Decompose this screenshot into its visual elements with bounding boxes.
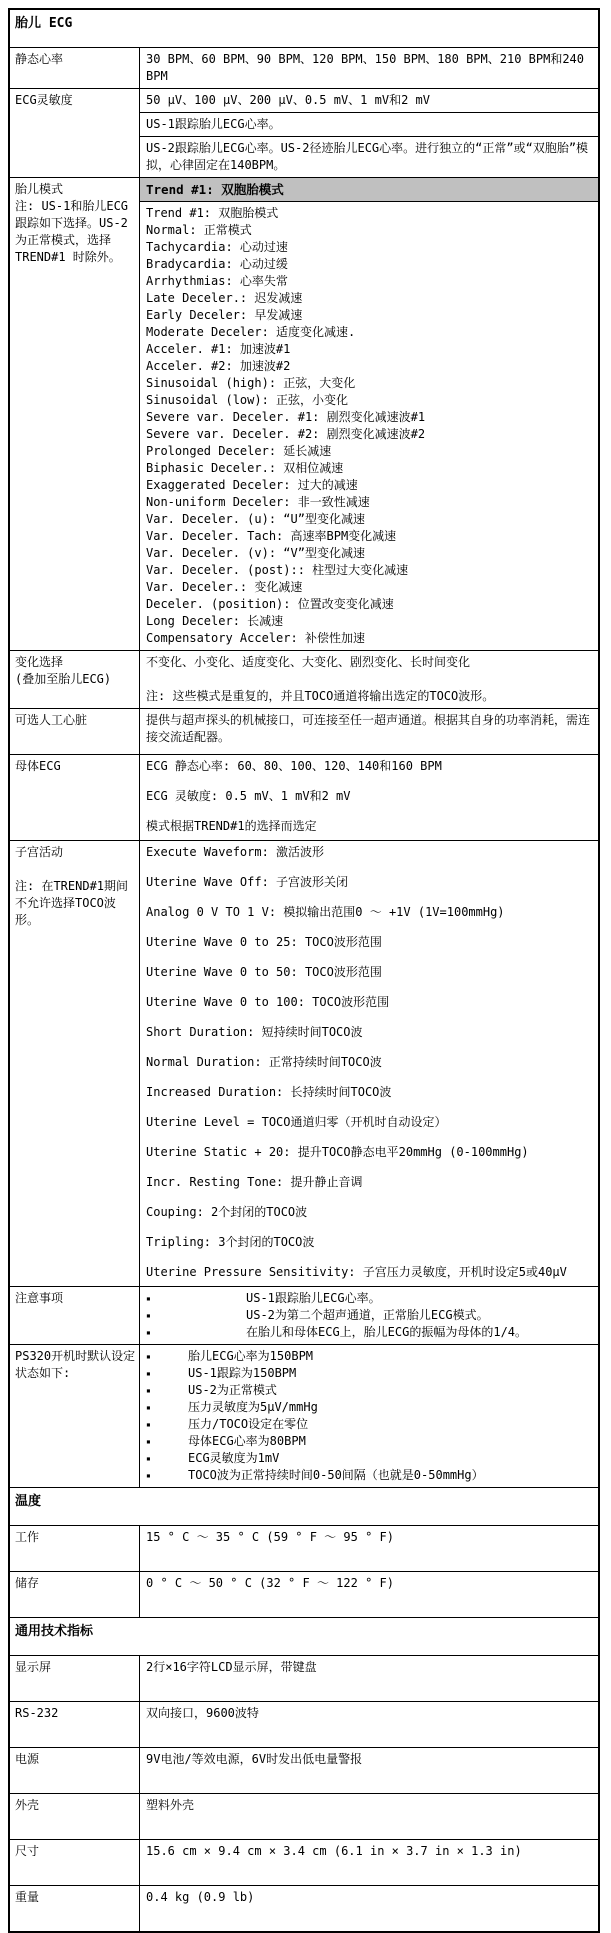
spec-row: 母体ECGECG 静态心率: 60、80、100、120、140和160 BPM… (10, 754, 598, 840)
content-line: US-1跟踪胎儿ECG心率。 (146, 116, 592, 133)
content-line: Tachycardia: 心动过速 (146, 239, 592, 256)
bullet-icon: ▪ (146, 1324, 154, 1341)
content-subrow: 提供与超声探头的机械接口，可连接至任一超声通道。根据其自身的功率消耗，需连接交流… (140, 709, 598, 754)
bullet-line: ▪压力/TOCO设定在零位 (146, 1416, 592, 1433)
row-content-cell: 不变化、小变化、适度变化、大变化、剧烈变化、长时间变化注: 这些模式是重复的，并… (140, 651, 598, 708)
row-label-line: 显示屏 (15, 1659, 136, 1676)
row-label-line: 注: 在TREND#1期间不允许选择TOCO波形。 (15, 878, 136, 929)
bullet-icon: ▪ (146, 1450, 154, 1467)
row-label-cell: 外壳 (10, 1794, 140, 1839)
bullet-text: US-2为第二个超声通道，正常胎儿ECG模式。 (246, 1307, 592, 1324)
row-label-line: 储存 (15, 1575, 136, 1592)
content-subrow: 30 BPM、60 BPM、90 BPM、120 BPM、150 BPM、180… (140, 48, 598, 88)
row-label-cell: 子宫活动注: 在TREND#1期间不允许选择TOCO波形。 (10, 841, 140, 1286)
content-line: Short Duration: 短持续时间TOCO波 (146, 1024, 592, 1041)
content-line: 15.6 cm × 9.4 cm × 3.4 cm (6.1 in × 3.7 … (146, 1843, 592, 1860)
spec-row: 外壳塑料外壳 (10, 1793, 598, 1839)
content-line: Acceler. #1: 加速波#1 (146, 341, 592, 358)
content-line: 50 μV、100 μV、200 μV、0.5 mV、1 mV和2 mV (146, 92, 592, 109)
content-subrow: US-1跟踪胎儿ECG心率。 (140, 112, 598, 136)
content-line: Couping: 2个封闭的TOCO波 (146, 1204, 592, 1221)
content-line: Biphasic Deceler.: 双相位减速 (146, 460, 592, 477)
row-content-cell: 提供与超声探头的机械接口，可连接至任一超声通道。根据其自身的功率消耗，需连接交流… (140, 709, 598, 754)
spec-row: 重量0.4 kg (0.9 lb) (10, 1885, 598, 1931)
row-label-line: 重量 (15, 1889, 136, 1906)
content-line: Compensatory Acceler: 补偿性加速 (146, 630, 592, 647)
spec-row: 尺寸15.6 cm × 9.4 cm × 3.4 cm (6.1 in × 3.… (10, 1839, 598, 1885)
bullet-icon: ▪ (146, 1290, 154, 1307)
content-line: Uterine Wave 0 to 100: TOCO波形范围 (146, 994, 592, 1011)
spec-row: 工作15 ° C ～ 35 ° C (59 ° F ～ 95 ° F) (10, 1525, 598, 1571)
row-content-cell: 30 BPM、60 BPM、90 BPM、120 BPM、150 BPM、180… (140, 48, 598, 88)
spec-row: 静态心率30 BPM、60 BPM、90 BPM、120 BPM、150 BPM… (10, 47, 598, 88)
spec-row: PS320开机时默认设定状态如下:▪胎儿ECG心率为150BPM▪US-1跟踪为… (10, 1344, 598, 1487)
content-line: Var. Deceler. (v): “V”型变化减速 (146, 545, 592, 562)
row-content-cell: 15.6 cm × 9.4 cm × 3.4 cm (6.1 in × 3.7 … (140, 1840, 598, 1885)
content-line: Var. Deceler. Tach: 高速率BPM变化减速 (146, 528, 592, 545)
row-label-cell: PS320开机时默认设定状态如下: (10, 1345, 140, 1487)
content-line: Deceler. (position): 位置改变变化减速 (146, 596, 592, 613)
row-label-cell: 胎儿模式注: US-1和胎儿ECG跟踪如下选择。US-2为正常模式，选择TREN… (10, 178, 140, 650)
row-label-cell: 尺寸 (10, 1840, 140, 1885)
content-subrow: 0.4 kg (0.9 lb) (140, 1886, 598, 1931)
row-content-cell: ECG 静态心率: 60、80、100、120、140和160 BPMECG 灵… (140, 755, 598, 840)
bullet-line: ▪在胎儿和母体ECG上，胎儿ECG的振幅为母体的1/4。 (146, 1324, 592, 1341)
content-line (146, 671, 592, 688)
row-content-cell: Trend #1: 双胞胎模式Trend #1: 双胞胎模式Normal: 正常… (140, 178, 598, 650)
content-line: Acceler. #2: 加速波#2 (146, 358, 592, 375)
row-label-cell: 储存 (10, 1572, 140, 1617)
content-subrow: Trend #1: 双胞胎模式Normal: 正常模式Tachycardia: … (140, 201, 598, 650)
row-label-line: 注: US-1和胎儿ECG跟踪如下选择。US-2为正常模式，选择TREND#1 … (15, 198, 136, 266)
row-label-line: (叠加至胎儿ECG) (15, 671, 136, 688)
bullet-line: ▪US-2为第二个超声通道，正常胎儿ECG模式。 (146, 1307, 592, 1324)
row-label-line: 子宫活动 (15, 844, 136, 861)
section-header-row: 通用技术指标 (10, 1617, 598, 1655)
row-label-cell: 变化选择(叠加至胎儿ECG) (10, 651, 140, 708)
content-subrow: 0 ° C ～ 50 ° C (32 ° F ～ 122 ° F) (140, 1572, 598, 1617)
section-header-row: 温度 (10, 1487, 598, 1525)
row-label-line: PS320开机时默认设定状态如下: (15, 1348, 136, 1382)
section-title: 通用技术指标 (10, 1618, 598, 1655)
content-line: Sinusoidal (high): 正弦，大变化 (146, 375, 592, 392)
bullet-text: 压力/TOCO设定在零位 (188, 1416, 592, 1433)
content-line: Var. Deceler. (post):: 柱型过大变化减速 (146, 562, 592, 579)
content-line: Incr. Resting Tone: 提升静止音调 (146, 1174, 592, 1191)
content-line: Normal Duration: 正常持续时间TOCO波 (146, 1054, 592, 1071)
row-label-line: 可选人工心脏 (15, 712, 136, 729)
row-label-line: RS-232 (15, 1705, 136, 1722)
bullet-icon: ▪ (146, 1467, 154, 1484)
bullet-text: US-1跟踪胎儿ECG心率。 (246, 1290, 592, 1307)
content-line: Execute Waveform: 激活波形 (146, 844, 592, 861)
content-line: Early Deceler: 早发减速 (146, 307, 592, 324)
content-line: 不变化、小变化、适度变化、大变化、剧烈变化、长时间变化 (146, 654, 592, 671)
row-label-cell: 静态心率 (10, 48, 140, 88)
bullet-text: ECG灵敏度为1mV (188, 1450, 592, 1467)
bullet-text: 压力灵敏度为5μV/mmHg (188, 1399, 592, 1416)
content-line: Long Deceler: 长减速 (146, 613, 592, 630)
bullet-line: ▪US-1跟踪为150BPM (146, 1365, 592, 1382)
content-line: 注: 这些模式是重复的，并且TOCO通道将输出选定的TOCO波形。 (146, 688, 592, 705)
bullet-text: 母体ECG心率为80BPM (188, 1433, 592, 1450)
spec-row: 注意事项▪US-1跟踪胎儿ECG心率。▪US-2为第二个超声通道，正常胎儿ECG… (10, 1286, 598, 1344)
content-line: Trend #1: 双胞胎模式 (146, 205, 592, 222)
content-subrow: Execute Waveform: 激活波形Uterine Wave Off: … (140, 841, 598, 1286)
content-line: 0 ° C ～ 50 ° C (32 ° F ～ 122 ° F) (146, 1575, 592, 1592)
row-label-line (15, 861, 136, 878)
row-label-cell: 注意事项 (10, 1287, 140, 1344)
row-content-cell: 2行×16字符LCD显示屏，带键盘 (140, 1656, 598, 1701)
row-content-cell: Execute Waveform: 激活波形Uterine Wave Off: … (140, 841, 598, 1286)
content-line: 双向接口，9600波特 (146, 1705, 592, 1722)
spec-row: 变化选择(叠加至胎儿ECG)不变化、小变化、适度变化、大变化、剧烈变化、长时间变… (10, 650, 598, 708)
row-label-cell: 重量 (10, 1886, 140, 1931)
row-content-cell: ▪胎儿ECG心率为150BPM▪US-1跟踪为150BPM▪US-2为正常模式▪… (140, 1345, 598, 1487)
row-label-cell: 显示屏 (10, 1656, 140, 1701)
content-subrow: ▪US-1跟踪胎儿ECG心率。▪US-2为第二个超声通道，正常胎儿ECG模式。▪… (140, 1287, 598, 1344)
row-label-line: 尺寸 (15, 1843, 136, 1860)
bullet-text: 在胎儿和母体ECG上，胎儿ECG的振幅为母体的1/4。 (246, 1324, 592, 1341)
bullet-line: ▪胎儿ECG心率为150BPM (146, 1348, 592, 1365)
row-label-line: 胎儿模式 (15, 181, 136, 198)
content-line: 0.4 kg (0.9 lb) (146, 1889, 592, 1906)
content-subrow: US-2跟踪胎儿ECG心率。US-2径迹胎儿ECG心率。进行独立的“正常”或“双… (140, 136, 598, 177)
content-line: 9V电池/等效电源，6V时发出低电量警报 (146, 1751, 592, 1768)
bullet-line: ▪US-2为正常模式 (146, 1382, 592, 1399)
spec-row: ECG灵敏度50 μV、100 μV、200 μV、0.5 mV、1 mV和2 … (10, 88, 598, 177)
bullet-line: ▪母体ECG心率为80BPM (146, 1433, 592, 1450)
bullet-icon: ▪ (146, 1382, 154, 1399)
content-line: 15 ° C ～ 35 ° C (59 ° F ～ 95 ° F) (146, 1529, 592, 1546)
row-content-cell: 塑料外壳 (140, 1794, 598, 1839)
content-line: Var. Deceler.: 变化减速 (146, 579, 592, 596)
content-line: Normal: 正常模式 (146, 222, 592, 239)
row-content-cell: 15 ° C ～ 35 ° C (59 ° F ～ 95 ° F) (140, 1526, 598, 1571)
bullet-icon: ▪ (146, 1399, 154, 1416)
content-subrow: 9V电池/等效电源，6V时发出低电量警报 (140, 1748, 598, 1793)
row-label-cell: 电源 (10, 1748, 140, 1793)
row-label-line: 母体ECG (15, 758, 136, 775)
bullet-icon: ▪ (146, 1307, 154, 1324)
row-content-cell: ▪US-1跟踪胎儿ECG心率。▪US-2为第二个超声通道，正常胎儿ECG模式。▪… (140, 1287, 598, 1344)
content-line: Severe var. Deceler. #1: 剧烈变化减速波#1 (146, 409, 592, 426)
content-line: Var. Deceler. (u): “U”型变化减速 (146, 511, 592, 528)
content-line: Analog 0 V TO 1 V: 模拟输出范围0 ～ +1V (1V=100… (146, 904, 592, 921)
spec-row: 电源9V电池/等效电源，6V时发出低电量警报 (10, 1747, 598, 1793)
content-line: Tripling: 3个封闭的TOCO波 (146, 1234, 592, 1251)
spec-row: 显示屏2行×16字符LCD显示屏，带键盘 (10, 1655, 598, 1701)
row-label-line: 变化选择 (15, 654, 136, 671)
content-line: Bradycardia: 心动过缓 (146, 256, 592, 273)
content-line: 模式根据TREND#1的选择而选定 (146, 818, 592, 835)
content-line: ECG 静态心率: 60、80、100、120、140和160 BPM (146, 758, 592, 775)
content-subrow: 2行×16字符LCD显示屏，带键盘 (140, 1656, 598, 1701)
content-line: Severe var. Deceler. #2: 剧烈变化减速波#2 (146, 426, 592, 443)
row-label-line: 电源 (15, 1751, 136, 1768)
content-line: Uterine Wave 0 to 50: TOCO波形范围 (146, 964, 592, 981)
content-line: Moderate Deceler: 适度变化减速. (146, 324, 592, 341)
row-label-line: 工作 (15, 1529, 136, 1546)
bullet-icon: ▪ (146, 1433, 154, 1450)
content-subrow: 15 ° C ～ 35 ° C (59 ° F ～ 95 ° F) (140, 1526, 598, 1571)
section-header-row: 胎儿 ECG (10, 10, 598, 47)
row-label-line: 注意事项 (15, 1290, 136, 1307)
bullet-text: US-1跟踪为150BPM (188, 1365, 592, 1382)
spec-row: 子宫活动注: 在TREND#1期间不允许选择TOCO波形。Execute Wav… (10, 840, 598, 1286)
content-line: 提供与超声探头的机械接口，可连接至任一超声通道。根据其自身的功率消耗，需连接交流… (146, 712, 592, 746)
content-line: Uterine Wave Off: 子宫波形关闭 (146, 874, 592, 891)
content-line: 30 BPM、60 BPM、90 BPM、120 BPM、150 BPM、180… (146, 51, 592, 85)
row-content-cell: 双向接口，9600波特 (140, 1702, 598, 1747)
content-line: Increased Duration: 长持续时间TOCO波 (146, 1084, 592, 1101)
content-subrow: 不变化、小变化、适度变化、大变化、剧烈变化、长时间变化注: 这些模式是重复的，并… (140, 651, 598, 708)
section-title: 温度 (10, 1488, 598, 1525)
row-label-cell: 可选人工心脏 (10, 709, 140, 754)
spec-row: 可选人工心脏提供与超声探头的机械接口，可连接至任一超声通道。根据其自身的功率消耗… (10, 708, 598, 754)
bullet-text: TOCO波为正常持续时间0-50间隔（也就是0-50mmHg） (188, 1467, 592, 1484)
content-subrow: ECG 静态心率: 60、80、100、120、140和160 BPMECG 灵… (140, 755, 598, 840)
content-line: Prolonged Deceler: 延长减速 (146, 443, 592, 460)
content-subrow: 15.6 cm × 9.4 cm × 3.4 cm (6.1 in × 3.7 … (140, 1840, 598, 1885)
bullet-line: ▪ECG灵敏度为1mV (146, 1450, 592, 1467)
spec-row: 储存0 ° C ～ 50 ° C (32 ° F ～ 122 ° F) (10, 1571, 598, 1617)
section-title: 胎儿 ECG (10, 10, 598, 47)
row-label-cell: 工作 (10, 1526, 140, 1571)
content-line: US-2跟踪胎儿ECG心率。US-2径迹胎儿ECG心率。进行独立的“正常”或“双… (146, 140, 592, 174)
row-label-cell: ECG灵敏度 (10, 89, 140, 177)
content-line: Non-uniform Deceler: 非一致性减速 (146, 494, 592, 511)
row-content-cell: 0 ° C ～ 50 ° C (32 ° F ～ 122 ° F) (140, 1572, 598, 1617)
bullet-line: ▪TOCO波为正常持续时间0-50间隔（也就是0-50mmHg） (146, 1467, 592, 1484)
content-line: 塑料外壳 (146, 1797, 592, 1814)
bullet-text: 胎儿ECG心率为150BPM (188, 1348, 592, 1365)
content-line: Uterine Static + 20: 提升TOCO静态电平20mmHg (0… (146, 1144, 592, 1161)
content-subrow: 塑料外壳 (140, 1794, 598, 1839)
row-label-cell: 母体ECG (10, 755, 140, 840)
content-line: ECG 灵敏度: 0.5 mV、1 mV和2 mV (146, 788, 592, 805)
row-content-cell: 9V电池/等效电源，6V时发出低电量警报 (140, 1748, 598, 1793)
content-line: Uterine Pressure Sensitivity: 子宫压力灵敏度，开机… (146, 1264, 592, 1281)
trend-highlight-bar: Trend #1: 双胞胎模式 (140, 178, 598, 201)
content-line: Exaggerated Deceler: 过大的减速 (146, 477, 592, 494)
spec-row: RS-232双向接口，9600波特 (10, 1701, 598, 1747)
row-label-cell: RS-232 (10, 1702, 140, 1747)
content-line: Uterine Level = TOCO通道归零（开机时自动设定） (146, 1114, 592, 1131)
content-line: Arrhythmias: 心率失常 (146, 273, 592, 290)
content-line: 2行×16字符LCD显示屏，带键盘 (146, 1659, 592, 1676)
row-label-line: 静态心率 (15, 51, 136, 68)
spec-table: 胎儿 ECG静态心率30 BPM、60 BPM、90 BPM、120 BPM、1… (8, 8, 600, 1933)
content-line: Sinusoidal (low): 正弦，小变化 (146, 392, 592, 409)
bullet-icon: ▪ (146, 1348, 154, 1365)
content-subrow: 50 μV、100 μV、200 μV、0.5 mV、1 mV和2 mV (140, 89, 598, 112)
content-line: Late Deceler.: 迟发减速 (146, 290, 592, 307)
row-label-line: 外壳 (15, 1797, 136, 1814)
content-line: Trend #1: 双胞胎模式 (146, 181, 592, 198)
bullet-line: ▪压力灵敏度为5μV/mmHg (146, 1399, 592, 1416)
row-content-cell: 50 μV、100 μV、200 μV、0.5 mV、1 mV和2 mVUS-1… (140, 89, 598, 177)
content-subrow: 双向接口，9600波特 (140, 1702, 598, 1747)
bullet-icon: ▪ (146, 1365, 154, 1382)
row-content-cell: 0.4 kg (0.9 lb) (140, 1886, 598, 1931)
content-line: Uterine Wave 0 to 25: TOCO波形范围 (146, 934, 592, 951)
spec-row: 胎儿模式注: US-1和胎儿ECG跟踪如下选择。US-2为正常模式，选择TREN… (10, 177, 598, 650)
bullet-text: US-2为正常模式 (188, 1382, 592, 1399)
content-subrow: ▪胎儿ECG心率为150BPM▪US-1跟踪为150BPM▪US-2为正常模式▪… (140, 1345, 598, 1487)
bullet-icon: ▪ (146, 1416, 154, 1433)
row-label-line: ECG灵敏度 (15, 92, 136, 109)
bullet-line: ▪US-1跟踪胎儿ECG心率。 (146, 1290, 592, 1307)
